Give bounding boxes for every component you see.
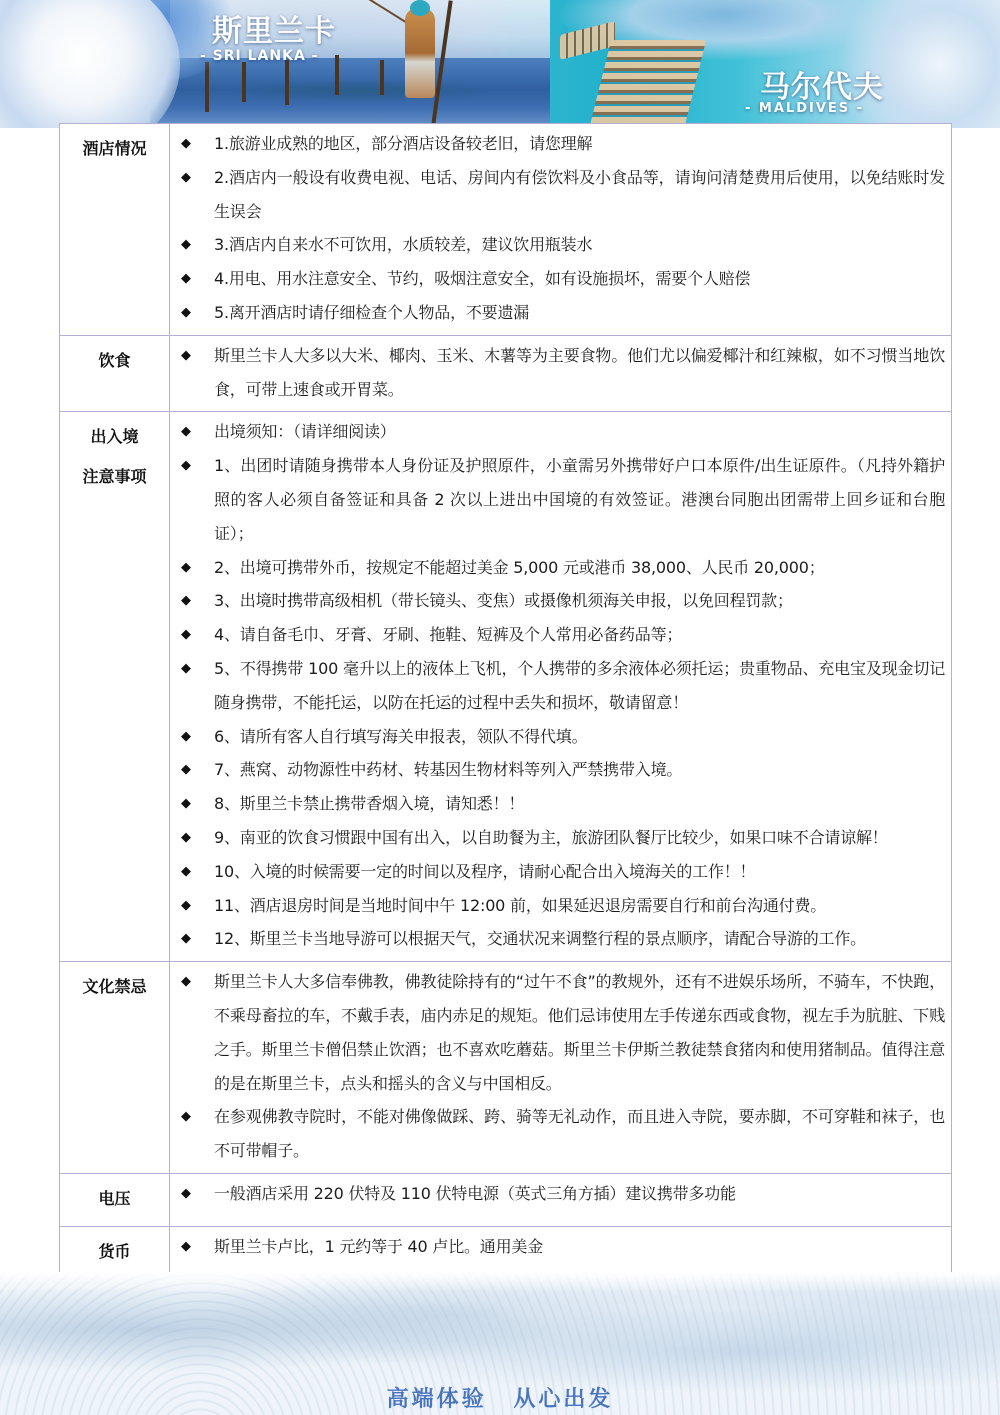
lily-flower-decoration xyxy=(0,0,180,128)
header-banner: 斯里兰卡 - SRI LANKA - 马尔代夫 - MALDIVES - xyxy=(0,0,1000,128)
item-text: 3、出境时携带高级相机（带长镜头、变焦）或摄像机须海关申报，以免回程罚款； xyxy=(214,584,945,618)
section-label: 出入境 注意事项 xyxy=(60,412,170,962)
section-label: 酒店情况 xyxy=(60,124,170,336)
maldives-title: 马尔代夫 xyxy=(760,62,884,106)
item-text: 5.离开酒店时请仔细检查个人物品，不要遗漏 xyxy=(214,296,945,330)
list-item: ◆1.旅游业成熟的地区，部分酒店设备较老旧，请您理解 xyxy=(180,127,945,161)
item-text: 10、入境的时候需要一定的时间以及程序，请耐心配合出入境海关的工作！！ xyxy=(214,855,945,889)
section-label-text: 注意事项 xyxy=(60,457,169,497)
diamond-bullet-icon: ◆ xyxy=(180,889,214,923)
diamond-bullet-icon: ◆ xyxy=(180,922,214,956)
list-item: ◆3.酒店内自来水不可饮用，水质较差，建议饮用瓶装水 xyxy=(180,228,945,262)
diamond-bullet-icon: ◆ xyxy=(180,787,214,821)
list-item: ◆4.用电、用水注意安全、节约，吸烟注意安全，如有设施损坏，需要个人赔偿 xyxy=(180,262,945,296)
item-text: 斯里兰卡人大多信奉佛教，佛教徒除持有的“过午不食”的教规外，还有不进娱乐场所，不… xyxy=(214,965,945,1100)
stilt-pole xyxy=(285,60,289,105)
list-item: ◆一般酒店采用 220 伏特及 110 伏特电源（英式三角方插）建议携带多功能 xyxy=(180,1177,945,1211)
list-item: ◆1、出团时请随身携带本人身份证及护照原件，小童需另外携带好户口本原件/出生证原… xyxy=(180,449,945,550)
diamond-bullet-icon: ◆ xyxy=(180,228,214,262)
diamond-bullet-icon: ◆ xyxy=(180,965,214,1100)
diamond-bullet-icon: ◆ xyxy=(180,720,214,754)
diamond-bullet-icon: ◆ xyxy=(180,415,214,449)
section-row-voltage: 电压 ◆一般酒店采用 220 伏特及 110 伏特电源（英式三角方插）建议携带多… xyxy=(60,1173,952,1226)
list-item: ◆9、南亚的饮食习惯跟中国有出入，以自助餐为主，旅游团队餐厅比较少，如果口味不合… xyxy=(180,821,945,855)
maldives-subtitle: - MALDIVES - xyxy=(745,101,864,116)
diamond-bullet-icon: ◆ xyxy=(180,652,214,720)
diamond-bullet-icon: ◆ xyxy=(180,161,214,229)
item-text: 3.酒店内自来水不可饮用，水质较差，建议饮用瓶装水 xyxy=(214,228,945,262)
section-row-entry-exit: 出入境 注意事项 ◆出境须知：（请详细阅读） ◆1、出团时请随身携带本人身份证及… xyxy=(60,412,952,962)
item-text: 在参观佛教寺院时，不能对佛像做踩、跨、骑等无礼动作，而且进入寺院，要赤脚，不可穿… xyxy=(214,1100,945,1168)
banner-wave xyxy=(230,80,490,102)
fisherman-figure xyxy=(405,8,435,98)
diamond-bullet-icon: ◆ xyxy=(180,551,214,585)
section-row-hotel: 酒店情况 ◆1.旅游业成熟的地区，部分酒店设备较老旧，请您理解 ◆2.酒店内一般… xyxy=(60,124,952,336)
item-text: 6、请所有客人自行填写海关申报表，领队不得代填。 xyxy=(214,720,945,754)
section-label: 电压 xyxy=(60,1173,170,1226)
stilt-pole xyxy=(242,62,246,102)
list-item: ◆斯里兰卡人大多以大米、椰肉、玉米、木薯等为主要食物。他们尤以偏爱椰汁和红辣椒，… xyxy=(180,339,945,407)
diamond-bullet-icon: ◆ xyxy=(180,584,214,618)
list-item: ◆6、请所有客人自行填写海关申报表，领队不得代填。 xyxy=(180,720,945,754)
section-row-culture-taboos: 文化禁忌 ◆斯里兰卡人大多信奉佛教，佛教徒除持有的“过午不食”的教规外，还有不进… xyxy=(60,962,952,1174)
item-text: 2.酒店内一般设有收费电视、电话、房间内有偿饮料及小食品等，请询问清楚费用后使用… xyxy=(214,161,945,229)
section-label-text: 酒店情况 xyxy=(60,129,169,169)
section-label-text: 文化禁忌 xyxy=(60,967,169,1007)
item-text: 8、斯里兰卡禁止携带香烟入境，请知悉！！ xyxy=(214,787,945,821)
diamond-bullet-icon: ◆ xyxy=(180,449,214,550)
section-label: 饮食 xyxy=(60,335,170,412)
section-content: ◆出境须知：（请详细阅读） ◆1、出团时请随身携带本人身份证及护照原件，小童需另… xyxy=(170,412,952,962)
item-text: 11、酒店退房时间是当地时间中午 12:00 前，如果延迟退房需要自行和前台沟通… xyxy=(214,889,945,923)
diamond-bullet-icon: ◆ xyxy=(180,855,214,889)
list-item: ◆5.离开酒店时请仔细检查个人物品，不要遗漏 xyxy=(180,296,945,330)
diamond-bullet-icon: ◆ xyxy=(180,1100,214,1168)
section-label-text: 出入境 xyxy=(60,417,169,457)
item-text: 斯里兰卡卢比，1 元约等于 40 卢比。通用美金 xyxy=(214,1230,945,1264)
section-label-text: 电压 xyxy=(60,1179,169,1219)
diamond-bullet-icon: ◆ xyxy=(180,262,214,296)
fisherman-turban xyxy=(410,0,430,16)
stilt-pole xyxy=(380,60,384,95)
section-label-text: 货币 xyxy=(60,1232,169,1272)
diamond-bullet-icon: ◆ xyxy=(180,753,214,787)
list-item: ◆5、不得携带 100 毫升以上的液体上飞机，个人携带的多余液体必须托运；贵重物… xyxy=(180,652,945,720)
sri-lanka-title: 斯里兰卡 xyxy=(212,6,336,50)
item-text: 出境须知：（请详细阅读） xyxy=(214,415,945,449)
item-text: 一般酒店采用 220 伏特及 110 伏特电源（英式三角方插）建议携带多功能 xyxy=(214,1177,945,1211)
section-row-food: 饮食 ◆斯里兰卡人大多以大米、椰肉、玉米、木薯等为主要食物。他们尤以偏爱椰汁和红… xyxy=(60,335,952,412)
list-item: ◆3、出境时携带高级相机（带长镜头、变焦）或摄像机须海关申报，以免回程罚款； xyxy=(180,584,945,618)
section-content: ◆一般酒店采用 220 伏特及 110 伏特电源（英式三角方插）建议携带多功能 xyxy=(170,1173,952,1226)
footer-fade xyxy=(0,1272,1000,1292)
diamond-bullet-icon: ◆ xyxy=(180,618,214,652)
section-content: ◆1.旅游业成熟的地区，部分酒店设备较老旧，请您理解 ◆2.酒店内一般设有收费电… xyxy=(170,124,952,336)
item-text: 5、不得携带 100 毫升以上的液体上飞机，个人携带的多余液体必须托运；贵重物品… xyxy=(214,652,945,720)
item-text: 4、请自备毛巾、牙膏、牙刷、拖鞋、短裤及个人常用必备药品等； xyxy=(214,618,945,652)
diamond-bullet-icon: ◆ xyxy=(180,1177,214,1211)
list-item: ◆斯里兰卡卢比，1 元约等于 40 卢比。通用美金 xyxy=(180,1230,945,1264)
list-item: ◆11、酒店退房时间是当地时间中午 12:00 前，如果延迟退房需要自行和前台沟… xyxy=(180,889,945,923)
footer-texture-background: 高端体验 从心出发 xyxy=(0,1272,1000,1415)
list-item: ◆7、燕窝、动物源性中药材、转基因生物材料等列入严禁携带入境。 xyxy=(180,753,945,787)
list-item: ◆8、斯里兰卡禁止携带香烟入境，请知悉！！ xyxy=(180,787,945,821)
travel-notice-table: 酒店情况 ◆1.旅游业成熟的地区，部分酒店设备较老旧，请您理解 ◆2.酒店内一般… xyxy=(59,123,952,1280)
list-item: ◆12、斯里兰卡当地导游可以根据天气，交通状况来调整行程的景点顺序，请配合导游的… xyxy=(180,922,945,956)
diamond-bullet-icon: ◆ xyxy=(180,821,214,855)
stilt-pole xyxy=(335,55,339,95)
diamond-bullet-icon: ◆ xyxy=(180,296,214,330)
item-text: 1、出团时请随身携带本人身份证及护照原件，小童需另外携带好户口本原件/出生证原件… xyxy=(214,449,945,550)
list-item: ◆4、请自备毛巾、牙膏、牙刷、拖鞋、短裤及个人常用必备药品等； xyxy=(180,618,945,652)
section-label: 文化禁忌 xyxy=(60,962,170,1174)
list-item: ◆出境须知：（请详细阅读） xyxy=(180,415,945,449)
item-text: 7、燕窝、动物源性中药材、转基因生物材料等列入严禁携带入境。 xyxy=(214,753,945,787)
list-item: ◆斯里兰卡人大多信奉佛教，佛教徒除持有的“过午不食”的教规外，还有不进娱乐场所，… xyxy=(180,965,945,1100)
slogan-part-2: 从心出发 xyxy=(513,1386,613,1412)
list-item: ◆在参观佛教寺院时，不能对佛像做踩、跨、骑等无礼动作，而且进入寺院，要赤脚，不可… xyxy=(180,1100,945,1168)
item-text: 9、南亚的饮食习惯跟中国有出入，以自助餐为主，旅游团队餐厅比较少，如果口味不合请… xyxy=(214,821,945,855)
item-text: 4.用电、用水注意安全、节约，吸烟注意安全，如有设施损坏，需要个人赔偿 xyxy=(214,262,945,296)
diamond-bullet-icon: ◆ xyxy=(180,127,214,161)
list-item: ◆10、入境的时候需要一定的时间以及程序，请耐心配合出入境海关的工作！！ xyxy=(180,855,945,889)
item-text: 2、出境可携带外币，按规定不能超过美金 5,000 元或港币 38,000、人民… xyxy=(214,551,945,585)
list-item: ◆2、出境可携带外币，按规定不能超过美金 5,000 元或港币 38,000、人… xyxy=(180,551,945,585)
water-villas-image xyxy=(589,40,706,128)
list-item: ◆2.酒店内一般设有收费电视、电话、房间内有偿饮料及小食品等，请询问清楚费用后使… xyxy=(180,161,945,229)
item-text: 1.旅游业成熟的地区，部分酒店设备较老旧，请您理解 xyxy=(214,127,945,161)
slogan-part-1: 高端体验 xyxy=(387,1386,487,1412)
section-content: ◆斯里兰卡人大多以大米、椰肉、玉米、木薯等为主要食物。他们尤以偏爱椰汁和红辣椒，… xyxy=(170,335,952,412)
diamond-bullet-icon: ◆ xyxy=(180,1230,214,1264)
item-text: 斯里兰卡人大多以大米、椰肉、玉米、木薯等为主要食物。他们尤以偏爱椰汁和红辣椒，如… xyxy=(214,339,945,407)
section-content: ◆斯里兰卡人大多信奉佛教，佛教徒除持有的“过午不食”的教规外，还有不进娱乐场所，… xyxy=(170,962,952,1174)
sri-lanka-subtitle: - SRI LANKA - xyxy=(200,48,318,64)
section-label-text: 饮食 xyxy=(60,341,169,381)
item-text: 12、斯里兰卡当地导游可以根据天气，交通状况来调整行程的景点顺序，请配合导游的工… xyxy=(214,922,945,956)
footer-slogan: 高端体验 从心出发 xyxy=(0,1382,1000,1413)
diamond-bullet-icon: ◆ xyxy=(180,339,214,407)
